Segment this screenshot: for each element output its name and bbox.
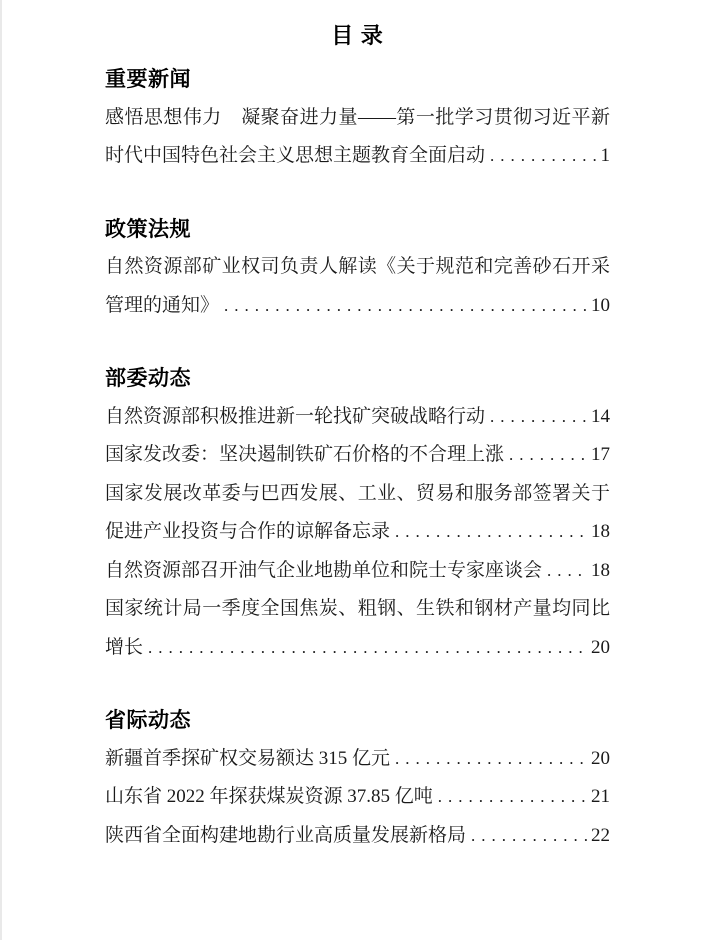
dot-leader: ........................................… [148,629,589,668]
toc-entry-last-line: 山东省 2022 年探获煤炭资源 37.85 亿吨 ..............… [105,778,610,817]
toc-entry-line: 国家统计局一季度全国焦炭、粗钢、生铁和钢材产量均同比 [105,590,610,629]
dot-leader: ........................................… [509,436,589,475]
toc-content: 目 录 重要新闻 感悟思想伟力 凝聚奋进力量——第一批学习贯彻习近平新 时代中国… [105,20,610,855]
page-number: 18 [591,513,610,552]
toc-title: 目 录 [105,20,610,52]
page-number: 20 [591,629,610,668]
toc-section-provincial-updates: 省际动态 新疆首季探矿权交易额达 315 亿元 ................… [105,701,610,855]
toc-entry-line: 自然资源部矿业权司负责人解读《关于规范和完善砂石开采 [105,248,610,287]
page-number: 1 [601,137,611,176]
dot-leader: ........................................… [395,513,589,552]
page-number: 21 [591,778,610,817]
toc-entry-last-line: 国家发改委：坚决遏制铁矿石价格的不合理上涨 ..................… [105,436,610,475]
toc-entry-last-line: 增长 .....................................… [105,629,610,668]
dot-leader: ........................................… [471,817,589,856]
dot-leader: ........................................… [224,287,589,326]
section-heading: 政策法规 [105,210,610,249]
dot-leader: ........................................… [490,137,598,176]
toc-entry[interactable]: 自然资源部矿业权司负责人解读《关于规范和完善砂石开采 管理的通知》 ......… [105,248,610,325]
toc-entry-line: 管理的通知》 [105,287,219,326]
toc-entry[interactable]: 国家发展改革委与巴西发展、工业、贸易和服务部签署关于 促进产业投资与合作的谅解备… [105,475,610,552]
section-heading: 省际动态 [105,701,610,740]
toc-entry-line: 国家发展改革委与巴西发展、工业、贸易和服务部签署关于 [105,475,610,514]
toc-entry-last-line: 管理的通知》 .................................… [105,287,610,326]
toc-section-policy: 政策法规 自然资源部矿业权司负责人解读《关于规范和完善砂石开采 管理的通知》 .… [105,210,610,326]
toc-entry[interactable]: 自然资源部召开油气企业地勘单位和院士专家座谈会 ................… [105,552,610,591]
toc-entry[interactable]: 国家发改委：坚决遏制铁矿石价格的不合理上涨 ..................… [105,436,610,475]
toc-entry-last-line: 自然资源部召开油气企业地勘单位和院士专家座谈会 ................… [105,552,610,591]
page-number: 18 [591,552,610,591]
toc-section-important-news: 重要新闻 感悟思想伟力 凝聚奋进力量——第一批学习贯彻习近平新 时代中国特色社会… [105,60,610,176]
dot-leader: ........................................… [547,552,589,591]
toc-entry[interactable]: 感悟思想伟力 凝聚奋进力量——第一批学习贯彻习近平新 时代中国特色社会主义思想主… [105,99,610,176]
page-number: 14 [591,398,610,437]
toc-entry-line: 时代中国特色社会主义思想主题教育全面启动 [105,137,485,176]
page-left-edge [0,0,2,940]
toc-entry-line: 陕西省全面构建地勘行业高质量发展新格局 [105,817,466,856]
toc-entry-line: 山东省 2022 年探获煤炭资源 37.85 亿吨 [105,778,433,817]
page-number: 20 [591,740,610,779]
toc-entry-line: 国家发改委：坚决遏制铁矿石价格的不合理上涨 [105,436,504,475]
toc-entry-line: 感悟思想伟力 凝聚奋进力量——第一批学习贯彻习近平新 [105,99,610,138]
dot-leader: ........................................… [438,778,589,817]
toc-entry[interactable]: 国家统计局一季度全国焦炭、粗钢、生铁和钢材产量均同比 增长 ..........… [105,590,610,667]
document-page: 目 录 重要新闻 感悟思想伟力 凝聚奋进力量——第一批学习贯彻习近平新 时代中国… [0,0,716,940]
toc-entry[interactable]: 山东省 2022 年探获煤炭资源 37.85 亿吨 ..............… [105,778,610,817]
section-heading: 部委动态 [105,359,610,398]
dot-leader: ........................................… [395,740,589,779]
toc-entry[interactable]: 自然资源部积极推进新一轮找矿突破战略行动 ...................… [105,398,610,437]
toc-entry-last-line: 新疆首季探矿权交易额达 315 亿元 .....................… [105,740,610,779]
page-number: 22 [591,817,610,856]
toc-entry-last-line: 陕西省全面构建地勘行业高质量发展新格局 ....................… [105,817,610,856]
page-number: 17 [591,436,610,475]
toc-entry[interactable]: 陕西省全面构建地勘行业高质量发展新格局 ....................… [105,817,610,856]
toc-entry-last-line: 促进产业投资与合作的谅解备忘录 ........................… [105,513,610,552]
toc-entry[interactable]: 新疆首季探矿权交易额达 315 亿元 .....................… [105,740,610,779]
toc-entry-line: 新疆首季探矿权交易额达 315 亿元 [105,740,390,779]
toc-entry-line: 促进产业投资与合作的谅解备忘录 [105,513,390,552]
toc-entry-line: 自然资源部召开油气企业地勘单位和院士专家座谈会 [105,552,542,591]
toc-entry-last-line: 时代中国特色社会主义思想主题教育全面启动 ...................… [105,137,610,176]
toc-entry-line: 增长 [105,629,143,668]
toc-entry-line: 自然资源部积极推进新一轮找矿突破战略行动 [105,398,485,437]
toc-entry-last-line: 自然资源部积极推进新一轮找矿突破战略行动 ...................… [105,398,610,437]
section-heading: 重要新闻 [105,60,610,99]
toc-section-ministry-updates: 部委动态 自然资源部积极推进新一轮找矿突破战略行动 ..............… [105,359,610,667]
dot-leader: ........................................… [490,398,589,437]
page-number: 10 [591,287,610,326]
